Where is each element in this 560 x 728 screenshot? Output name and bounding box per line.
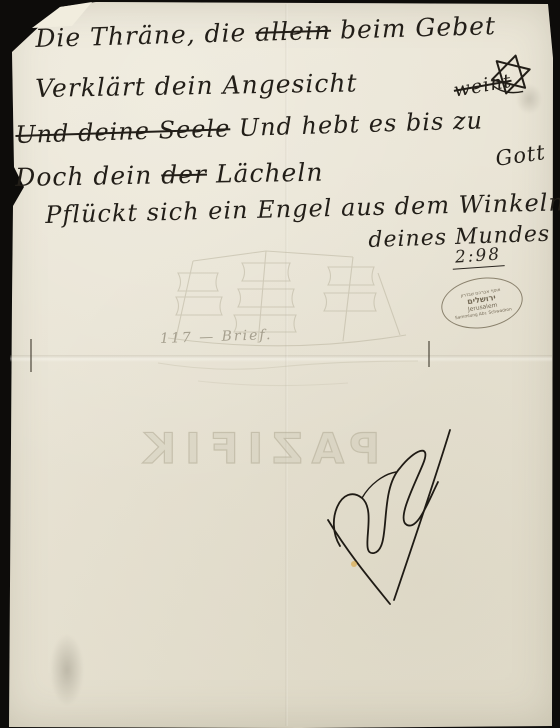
poem-line-4: Doch dein der Lächeln	[15, 158, 324, 192]
pencil-tick-left	[30, 339, 32, 372]
ink-smudge	[50, 634, 84, 706]
poem-text: beim Gebet	[331, 11, 497, 45]
poem-text: Die Thräne, die	[35, 18, 256, 53]
poem-text: Lächeln	[207, 158, 324, 189]
poem-text: Verklärt dein Angesicht	[35, 68, 358, 103]
catalog-number: 2:98	[451, 244, 505, 270]
struck-word: allein	[255, 16, 332, 47]
signature	[318, 424, 468, 609]
poem-text: Doch dein	[15, 160, 161, 192]
poem-line-2: Verklärt dein Angesicht	[35, 68, 358, 103]
ship-watermark	[138, 243, 438, 393]
struck-word: der	[161, 160, 207, 190]
scanned-manuscript-page: { "page": { "kind": "Handwritten manuscr…	[0, 0, 560, 728]
